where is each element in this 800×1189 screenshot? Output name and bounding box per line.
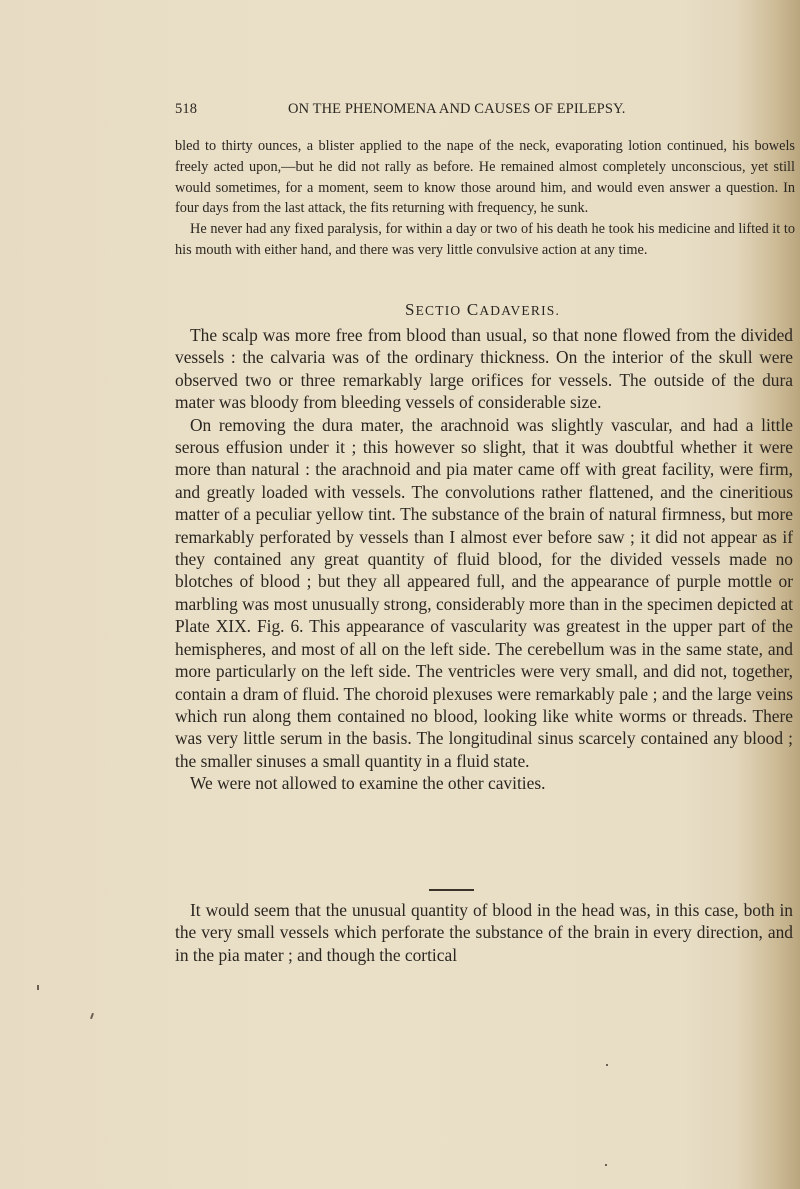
section-divider [429, 889, 474, 891]
paper-speck [37, 985, 39, 990]
autopsy-paragraph-3: We were not allowed to examine the other… [175, 772, 793, 794]
autopsy-paragraph-1: The scalp was more free from blood than … [175, 324, 793, 414]
paper-speck [606, 1064, 608, 1066]
case-notes: bled to thirty ounces, a blister applied… [175, 136, 795, 261]
running-header: 518 ON THE PHENOMENA AND CAUSES OF EPILE… [175, 101, 655, 123]
page-number: 518 [175, 101, 197, 118]
case-paragraph-2: He never had any fixed paralysis, for wi… [175, 219, 795, 261]
case-paragraph-1: bled to thirty ounces, a blister applied… [175, 136, 795, 219]
section-heading: SECTIO CADAVERIS. [175, 300, 790, 320]
running-title: ON THE PHENOMENA AND CAUSES OF EPILEPSY. [288, 101, 625, 118]
book-page: 518 ON THE PHENOMENA AND CAUSES OF EPILE… [0, 0, 800, 1189]
autopsy-paragraph-2: On removing the dura mater, the arachnoi… [175, 414, 793, 773]
paper-speck [90, 1013, 94, 1019]
autopsy-findings: The scalp was more free from blood than … [175, 324, 793, 795]
commentary: It would seem that the unusual quantity … [175, 899, 793, 966]
paper-speck [605, 1164, 607, 1166]
commentary-paragraph-1: It would seem that the unusual quantity … [175, 899, 793, 966]
